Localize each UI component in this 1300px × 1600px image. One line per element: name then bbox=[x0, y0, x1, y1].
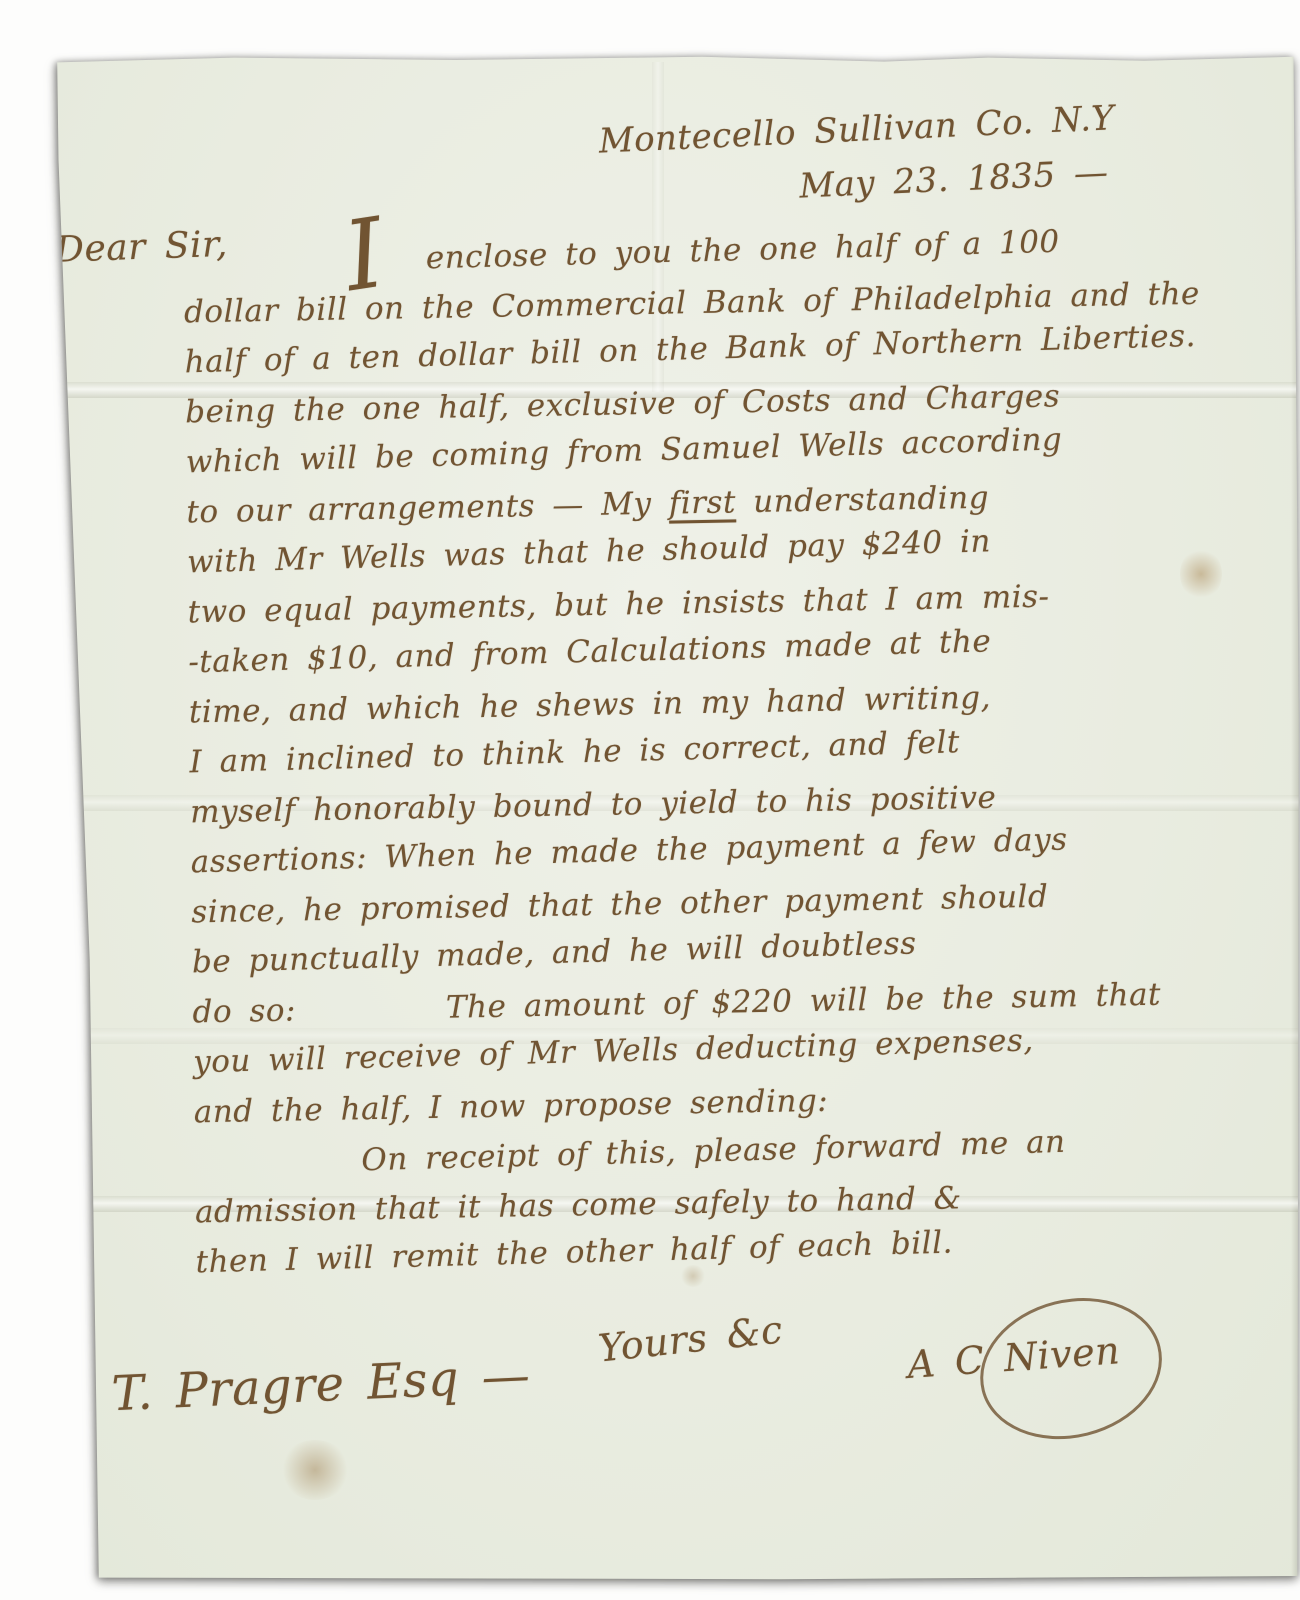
body-line-segment: understanding bbox=[753, 480, 989, 520]
body-line-segment: to our arrangements — My bbox=[186, 486, 652, 531]
scanner-background: Montecello Sullivan Co. N.Y May 23. 1835… bbox=[0, 0, 1300, 1600]
letter-content: Montecello Sullivan Co. N.Y May 23. 1835… bbox=[0, 0, 1300, 1600]
body-line-segment: do so: bbox=[192, 985, 296, 1037]
closing-phrase: Yours &c bbox=[596, 1307, 785, 1370]
drop-cap-initial: I bbox=[341, 222, 388, 287]
signature-flourish-oval bbox=[965, 1279, 1177, 1457]
signature: A C Niven bbox=[890, 1292, 1154, 1418]
underlined-word: first bbox=[668, 484, 736, 521]
letter-paper: Montecello Sullivan Co. N.Y May 23. 1835… bbox=[0, 0, 1300, 1600]
letter-body: I enclose to you the one half of a 100 d… bbox=[55, 214, 1258, 1288]
paper-shadow: Montecello Sullivan Co. N.Y May 23. 1835… bbox=[0, 0, 1300, 1600]
